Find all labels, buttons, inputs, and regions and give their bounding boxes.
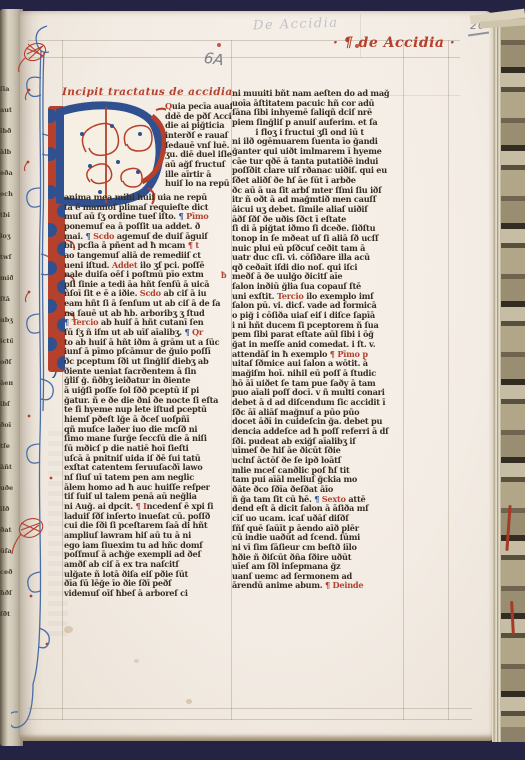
- left-text-column: Quia pecīa auaſddē de pðſ Accidie ai piğ…: [64, 102, 232, 612]
- text-line: videmuſ oīſ ħbeſ ā arboreſ ci: [64, 589, 232, 599]
- ruling-line: [28, 57, 460, 58]
- manuscript-page: De Accidia · ¶ de Accidia · 20 6A Incipi…: [20, 11, 494, 741]
- left-column-lines: anima mea mihi huiſ uia ne repūta ē mann…: [64, 193, 232, 599]
- ruling-line: [28, 719, 472, 720]
- text-line: huiſ lo na repū: [165, 179, 232, 189]
- ruling-line: [28, 708, 472, 709]
- initial-indent-lines: Quia pecīa auaſddē de pðſ Accidie ai piğ…: [64, 102, 232, 189]
- running-title: · ¶ de Accidia ·: [333, 35, 455, 51]
- incipit-rubric: Incipit tractatus de accidia: [62, 86, 233, 98]
- stain: [306, 505, 313, 511]
- fore-edge-stack: [492, 13, 525, 742]
- ruling-line: [448, 40, 449, 720]
- stack-bottom: [501, 727, 525, 742]
- manuscript-photo: ſiaautibðālbeðaechſtbiloʒtwſmiðſtāubʒict…: [0, 0, 525, 760]
- prick-mark: [217, 43, 221, 47]
- bleedthrough-smudge: [48, 431, 68, 636]
- stain: [186, 699, 192, 704]
- right-text-column: ni muuiti bñt nam aeſten do ad mağuoīa ā…: [232, 89, 404, 604]
- marginal-mark: ƀ: [221, 270, 227, 280]
- page-bottom-edge: [20, 734, 494, 741]
- prick-mark: [355, 44, 359, 48]
- text-line: ārendū anime abum. ¶ Deinde: [232, 581, 404, 591]
- stain: [134, 659, 139, 663]
- pencil-mark: 6A: [203, 49, 225, 70]
- stain: [64, 626, 73, 633]
- leaf-edges: [492, 13, 501, 742]
- folio-underline: [468, 32, 489, 36]
- ghost-inscription: De Accidia: [253, 16, 339, 34]
